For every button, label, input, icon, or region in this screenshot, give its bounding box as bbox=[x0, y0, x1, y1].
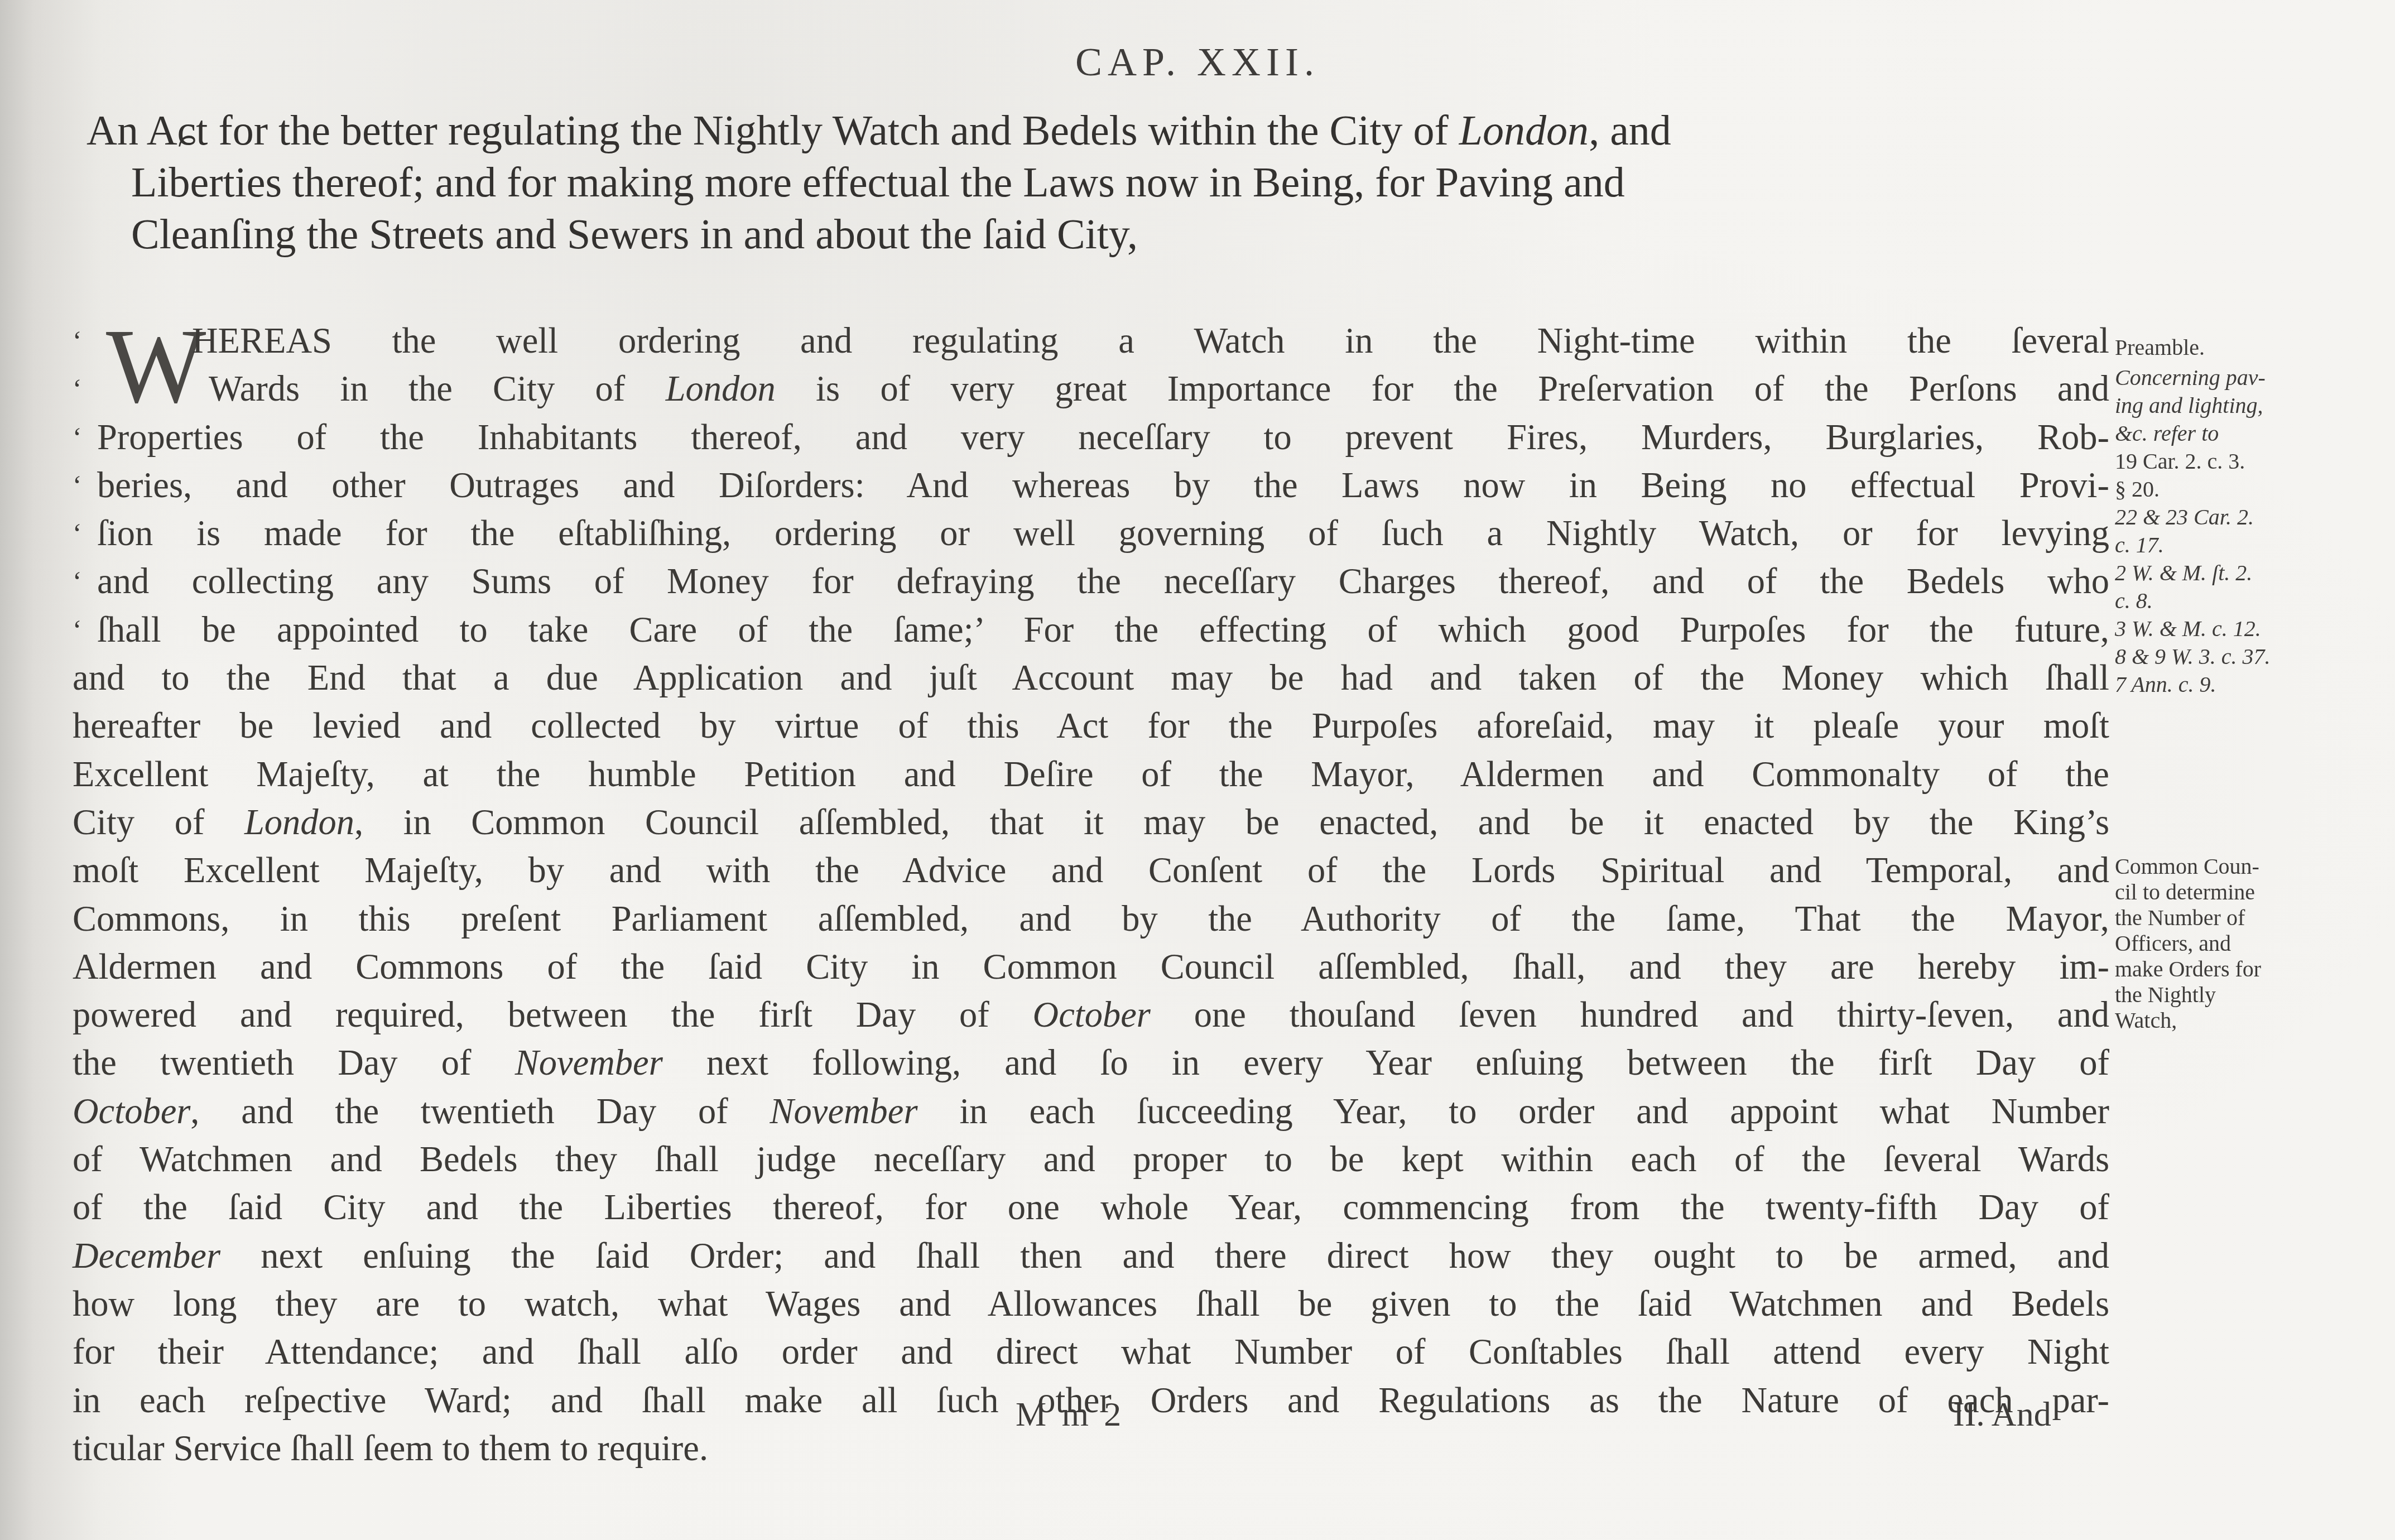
margin-reference-line: 22 & 23 Car. 2. bbox=[2115, 503, 2383, 531]
body-line: October, and the twentieth Day of Novemb… bbox=[73, 1087, 2109, 1135]
quote-mark: ‘ bbox=[73, 365, 97, 413]
body-line: ‘beries, and other Outrages and Diſorder… bbox=[73, 461, 2109, 509]
chapter-heading: CAP. XXII. bbox=[0, 39, 2395, 85]
body-line: ‘and collecting any Sums of Money for de… bbox=[73, 557, 2109, 605]
margin-note-preamble: Preamble. bbox=[2115, 334, 2383, 362]
margin-note-line: make Orders for bbox=[2115, 956, 2383, 982]
body-line: how long they are to watch, what Wages a… bbox=[73, 1280, 2109, 1328]
margin-reference-line: § 20. bbox=[2115, 475, 2383, 503]
margin-reference-line: 3 W. & M. c. 12. bbox=[2115, 615, 2383, 643]
body-line: ‘Properties of the Inhabitants thereof, … bbox=[73, 413, 2109, 461]
body-line: Aldermen and Commons of the ſaid City in… bbox=[73, 943, 2109, 991]
quote-mark: ‘ bbox=[73, 606, 97, 654]
margin-note-line: Watch, bbox=[2115, 1008, 2383, 1033]
act-body-text: ‘HEREAS the well ordering and regulating… bbox=[73, 317, 2109, 1472]
body-line: powered and required, between the firſt … bbox=[73, 991, 2109, 1039]
body-line: and to the End that a due Application an… bbox=[73, 654, 2109, 702]
title-line-1: An Aɕt for the better regulating the Nig… bbox=[86, 105, 2118, 157]
quote-mark: ‘ bbox=[73, 509, 97, 557]
margin-reference-line: 19 Car. 2. c. 3. bbox=[2115, 447, 2383, 475]
body-line: Commons, in this preſent Parliament aſſe… bbox=[73, 895, 2109, 943]
margin-note-line: Officers, and bbox=[2115, 931, 2383, 956]
body-line: moſt Excellent Majeſty, by and with the … bbox=[73, 846, 2109, 894]
margin-note-line: the Number of bbox=[2115, 905, 2383, 931]
body-line: City of London, in Common Council aſſemb… bbox=[73, 798, 2109, 846]
body-line: ‘Wards in the City of London is of very … bbox=[73, 365, 2109, 413]
quote-mark: ‘ bbox=[73, 557, 97, 605]
body-line: hereafter be levied and collected by vir… bbox=[73, 702, 2109, 750]
catchword: II. And bbox=[1953, 1395, 2051, 1435]
body-line: December next enſuing the ſaid Order; an… bbox=[73, 1232, 2109, 1280]
quote-mark: ‘ bbox=[73, 317, 97, 365]
margin-reference-line: c. 8. bbox=[2115, 587, 2383, 615]
margin-reference-line: ing and lighting, bbox=[2115, 392, 2383, 420]
title-line-3: Cleanſing the Streets and Sewers in and … bbox=[86, 209, 2118, 261]
margin-reference-line: c. 17. bbox=[2115, 531, 2383, 559]
margin-reference-line: &c. refer to bbox=[2115, 420, 2383, 447]
margin-note-references: Concerning pav-ing and lighting,&c. refe… bbox=[2115, 364, 2383, 699]
body-line: of the ſaid City and the Liberties there… bbox=[73, 1183, 2109, 1231]
margin-note-common-council: Common Coun-cil to determinethe Number o… bbox=[2115, 854, 2383, 1033]
quote-mark: ‘ bbox=[73, 461, 97, 509]
margin-note-line: the Nightly bbox=[2115, 982, 2383, 1008]
body-line: Excellent Majeſty, at the humble Petitio… bbox=[73, 750, 2109, 798]
title-italic-london: London bbox=[1459, 107, 1589, 154]
body-line: ‘HEREAS the well ordering and regulating… bbox=[73, 317, 2109, 365]
body-line: ‘ſhall be appointed to take Care of the … bbox=[73, 606, 2109, 654]
title-line-2: Liberties thereof; and for making more e… bbox=[86, 157, 2118, 209]
quote-mark: ‘ bbox=[73, 413, 97, 461]
body-line: the twentieth Day of November next follo… bbox=[73, 1039, 2109, 1087]
margin-note-line: cil to determine bbox=[2115, 879, 2383, 905]
signature-mark: M m 2 bbox=[1016, 1395, 1124, 1435]
margin-reference-line: 7 Ann. c. 9. bbox=[2115, 671, 2383, 699]
act-title: An Aɕt for the better regulating the Nig… bbox=[86, 105, 2118, 261]
margin-reference-line: 2 W. & M. ſt. 2. bbox=[2115, 559, 2383, 587]
body-line: ‘ſion is made for the eſtabliſhing, orde… bbox=[73, 509, 2109, 557]
margin-reference-line: Concerning pav- bbox=[2115, 364, 2383, 392]
margin-note-line: Common Coun- bbox=[2115, 854, 2383, 879]
body-line: of Watchmen and Bedels they ſhall judge … bbox=[73, 1135, 2109, 1183]
body-line: for their Attendance; and ſhall alſo ord… bbox=[73, 1328, 2109, 1376]
margin-reference-line: 8 & 9 W. 3. c. 37. bbox=[2115, 643, 2383, 671]
